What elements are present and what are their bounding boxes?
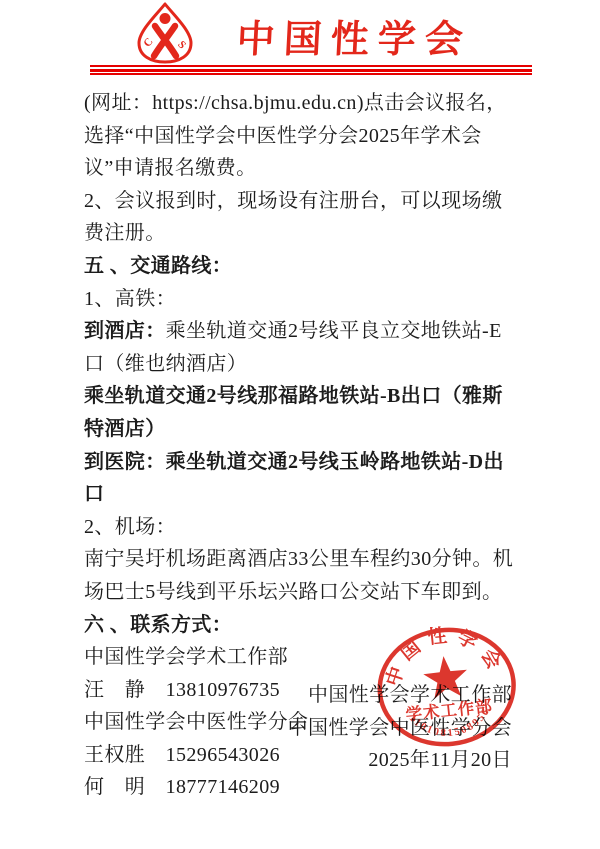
logo-letter-s: S bbox=[175, 39, 188, 52]
para-airport: 2、机场： bbox=[84, 511, 521, 544]
official-seal: 中国性学会 学术工作部 1101081508956 bbox=[361, 607, 534, 773]
logo-figure-head bbox=[160, 13, 171, 24]
para-to-hotel-alt: 乘坐轨道交通2号线那福路地铁站-B出口（雅斯特酒店） bbox=[84, 380, 521, 445]
para-onsite-registration: 2、会议报到时，现场设有注册台，可以现场缴费注册。 bbox=[84, 185, 521, 250]
divider-line-thin bbox=[90, 65, 532, 67]
org-title: 中国性学会 bbox=[236, 8, 469, 63]
seal-star-icon bbox=[422, 654, 470, 700]
org-logo-icon: C S bbox=[130, 1, 200, 64]
para-to-hospital: 到医院：乘坐轨道交通2号线玉岭路地铁站-D出口 bbox=[84, 446, 521, 511]
header-divider bbox=[90, 65, 532, 75]
divider-line-thick bbox=[90, 69, 532, 72]
document-page: C S 中国性学会 (网址：https://chsa.bjmu.edu.cn)点… bbox=[0, 0, 600, 849]
divider-line-thin bbox=[90, 73, 532, 75]
logo-letter-c: C bbox=[141, 36, 155, 50]
para-highspeed-rail: 1、高铁： bbox=[84, 283, 521, 316]
logo-shield-outline bbox=[139, 4, 191, 62]
para-registration-website: (网址：https://chsa.bjmu.edu.cn)点击会议报名，选择“中… bbox=[84, 87, 521, 185]
para-to-hotel: 到酒店：乘坐轨道交通2号线平良立交地铁站-E口（维也纳酒店） bbox=[84, 315, 521, 380]
para-airport-detail: 南宁吴圩机场距离酒店33公里车程约30分钟。机场巴士5号线到平乐坛兴路口公交站下… bbox=[84, 543, 521, 608]
heading-transportation: 五 、交通路线： bbox=[84, 250, 521, 283]
